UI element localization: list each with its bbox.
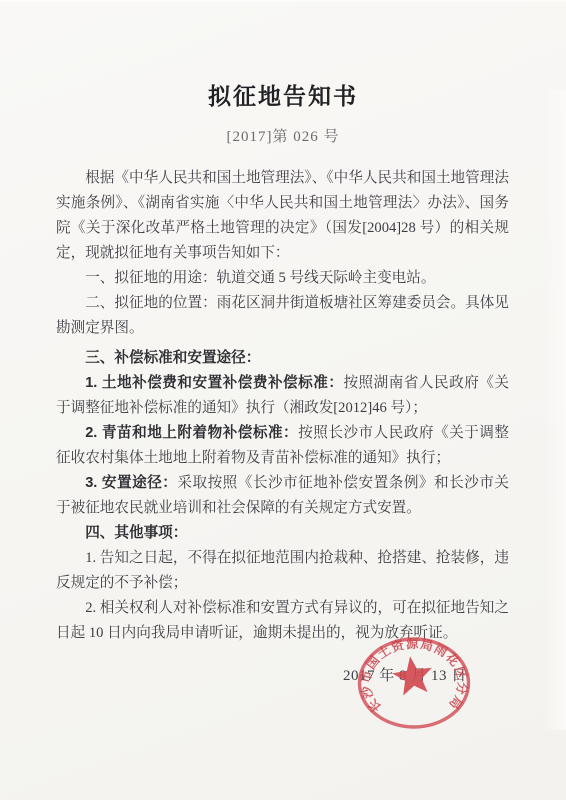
paragraph: 1. 告知之日起，不得在拟征地范围内抢栽种、抢搭建、抢装修，违反规定的不予补偿； [56, 546, 509, 596]
paragraph: 一、拟征地的用途：轨道交通 5 号线天际岭主变电站。 [56, 266, 509, 291]
paragraph-lead: 四、其他事项： [85, 525, 187, 541]
document-body: 根据《中华人民共和国土地管理法》、《中华人民共和国土地管理法实施条例》、《湖南省… [56, 166, 509, 646]
paragraph-lead: 1. 土地补偿费和安置补偿费补偿标准： [85, 375, 343, 391]
official-seal: 长沙市国土资源局雨花区分局 [355, 635, 473, 731]
paragraph-text: 1. 告知之日起，不得在拟征地范围内抢栽种、抢搭建、抢装修，违反规定的不予补偿； [56, 550, 509, 591]
paragraph-lead: 3. 安置途径： [85, 475, 177, 491]
paragraph-text: 一、拟征地的用途：轨道交通 5 号线天际岭主变电站。 [85, 270, 435, 286]
paragraph-text: 根据《中华人民共和国土地管理法》、《中华人民共和国土地管理法实施条例》、《湖南省… [56, 170, 509, 261]
paragraph: 3. 安置途径：采取按照《长沙市征地补偿安置条例》和长沙市关于被征地农民就业培训… [56, 471, 509, 521]
paragraph-text: 二、拟征地的位置：雨花区洞井街道板塘社区筹建委员会。具体见勘测定界图。 [56, 295, 509, 336]
paragraph: 三、补偿标准和安置途径： [56, 346, 509, 371]
paragraph: 四、其他事项： [56, 521, 509, 546]
paragraph: 根据《中华人民共和国土地管理法》、《中华人民共和国土地管理法实施条例》、《湖南省… [56, 166, 509, 266]
paragraph: 2. 青苗和地上附着物补偿标准：按照长沙市人民政府《关于调整征收农村集体土地地上… [56, 421, 509, 471]
document-page: 拟征地告知书 [2017]第 026 号 根据《中华人民共和国土地管理法》、《中… [0, 0, 566, 800]
star-icon [390, 653, 435, 696]
paragraph-lead: 2. 青苗和地上附着物补偿标准： [85, 425, 298, 441]
paragraph: 二、拟征地的位置：雨花区洞井街道板塘社区筹建委员会。具体见勘测定界图。 [56, 291, 509, 341]
document-number: [2017]第 026 号 [0, 125, 566, 146]
paragraph: 1. 土地补偿费和安置补偿费补偿标准：按照湖南省人民政府《关于调整征地补偿标准的… [56, 371, 509, 421]
page-title: 拟征地告知书 [0, 0, 566, 111]
paragraph-lead: 三、补偿标准和安置途径： [85, 350, 260, 366]
